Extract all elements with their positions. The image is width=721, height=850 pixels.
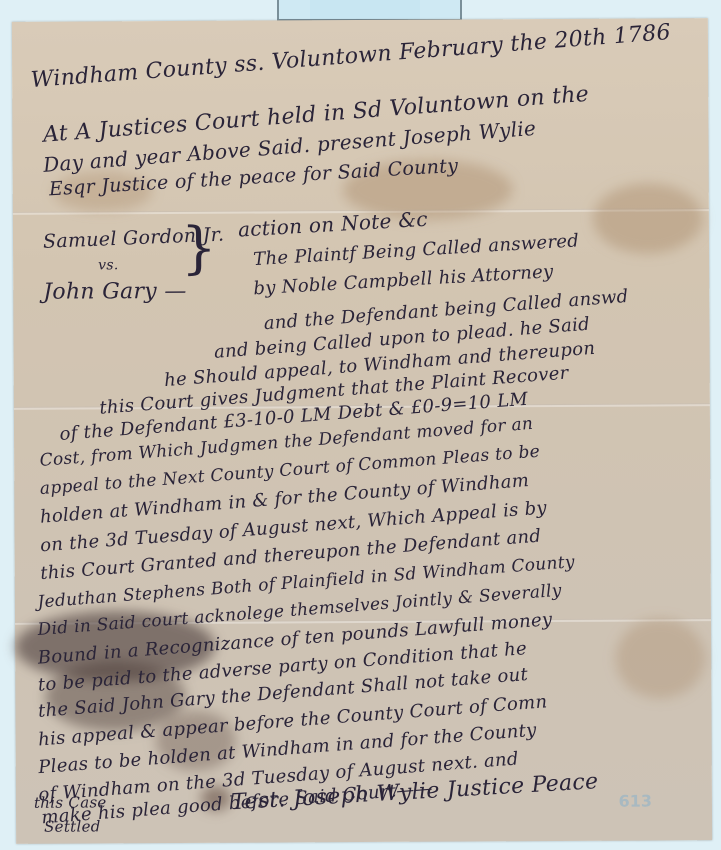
scan-mount-tab xyxy=(310,0,420,21)
document-page: Windham County ss. Voluntown February th… xyxy=(12,18,712,844)
water-stain xyxy=(615,618,705,698)
archive-stamp: 613 xyxy=(618,791,652,810)
defendant-name: John Gary — xyxy=(43,279,186,305)
margin-note: Settled xyxy=(44,817,101,835)
water-stain xyxy=(593,183,703,254)
versus-label: vs. xyxy=(98,257,119,273)
scan-mount-tab xyxy=(420,0,462,21)
brace: } xyxy=(181,221,217,277)
margin-note: this Case xyxy=(34,793,107,811)
